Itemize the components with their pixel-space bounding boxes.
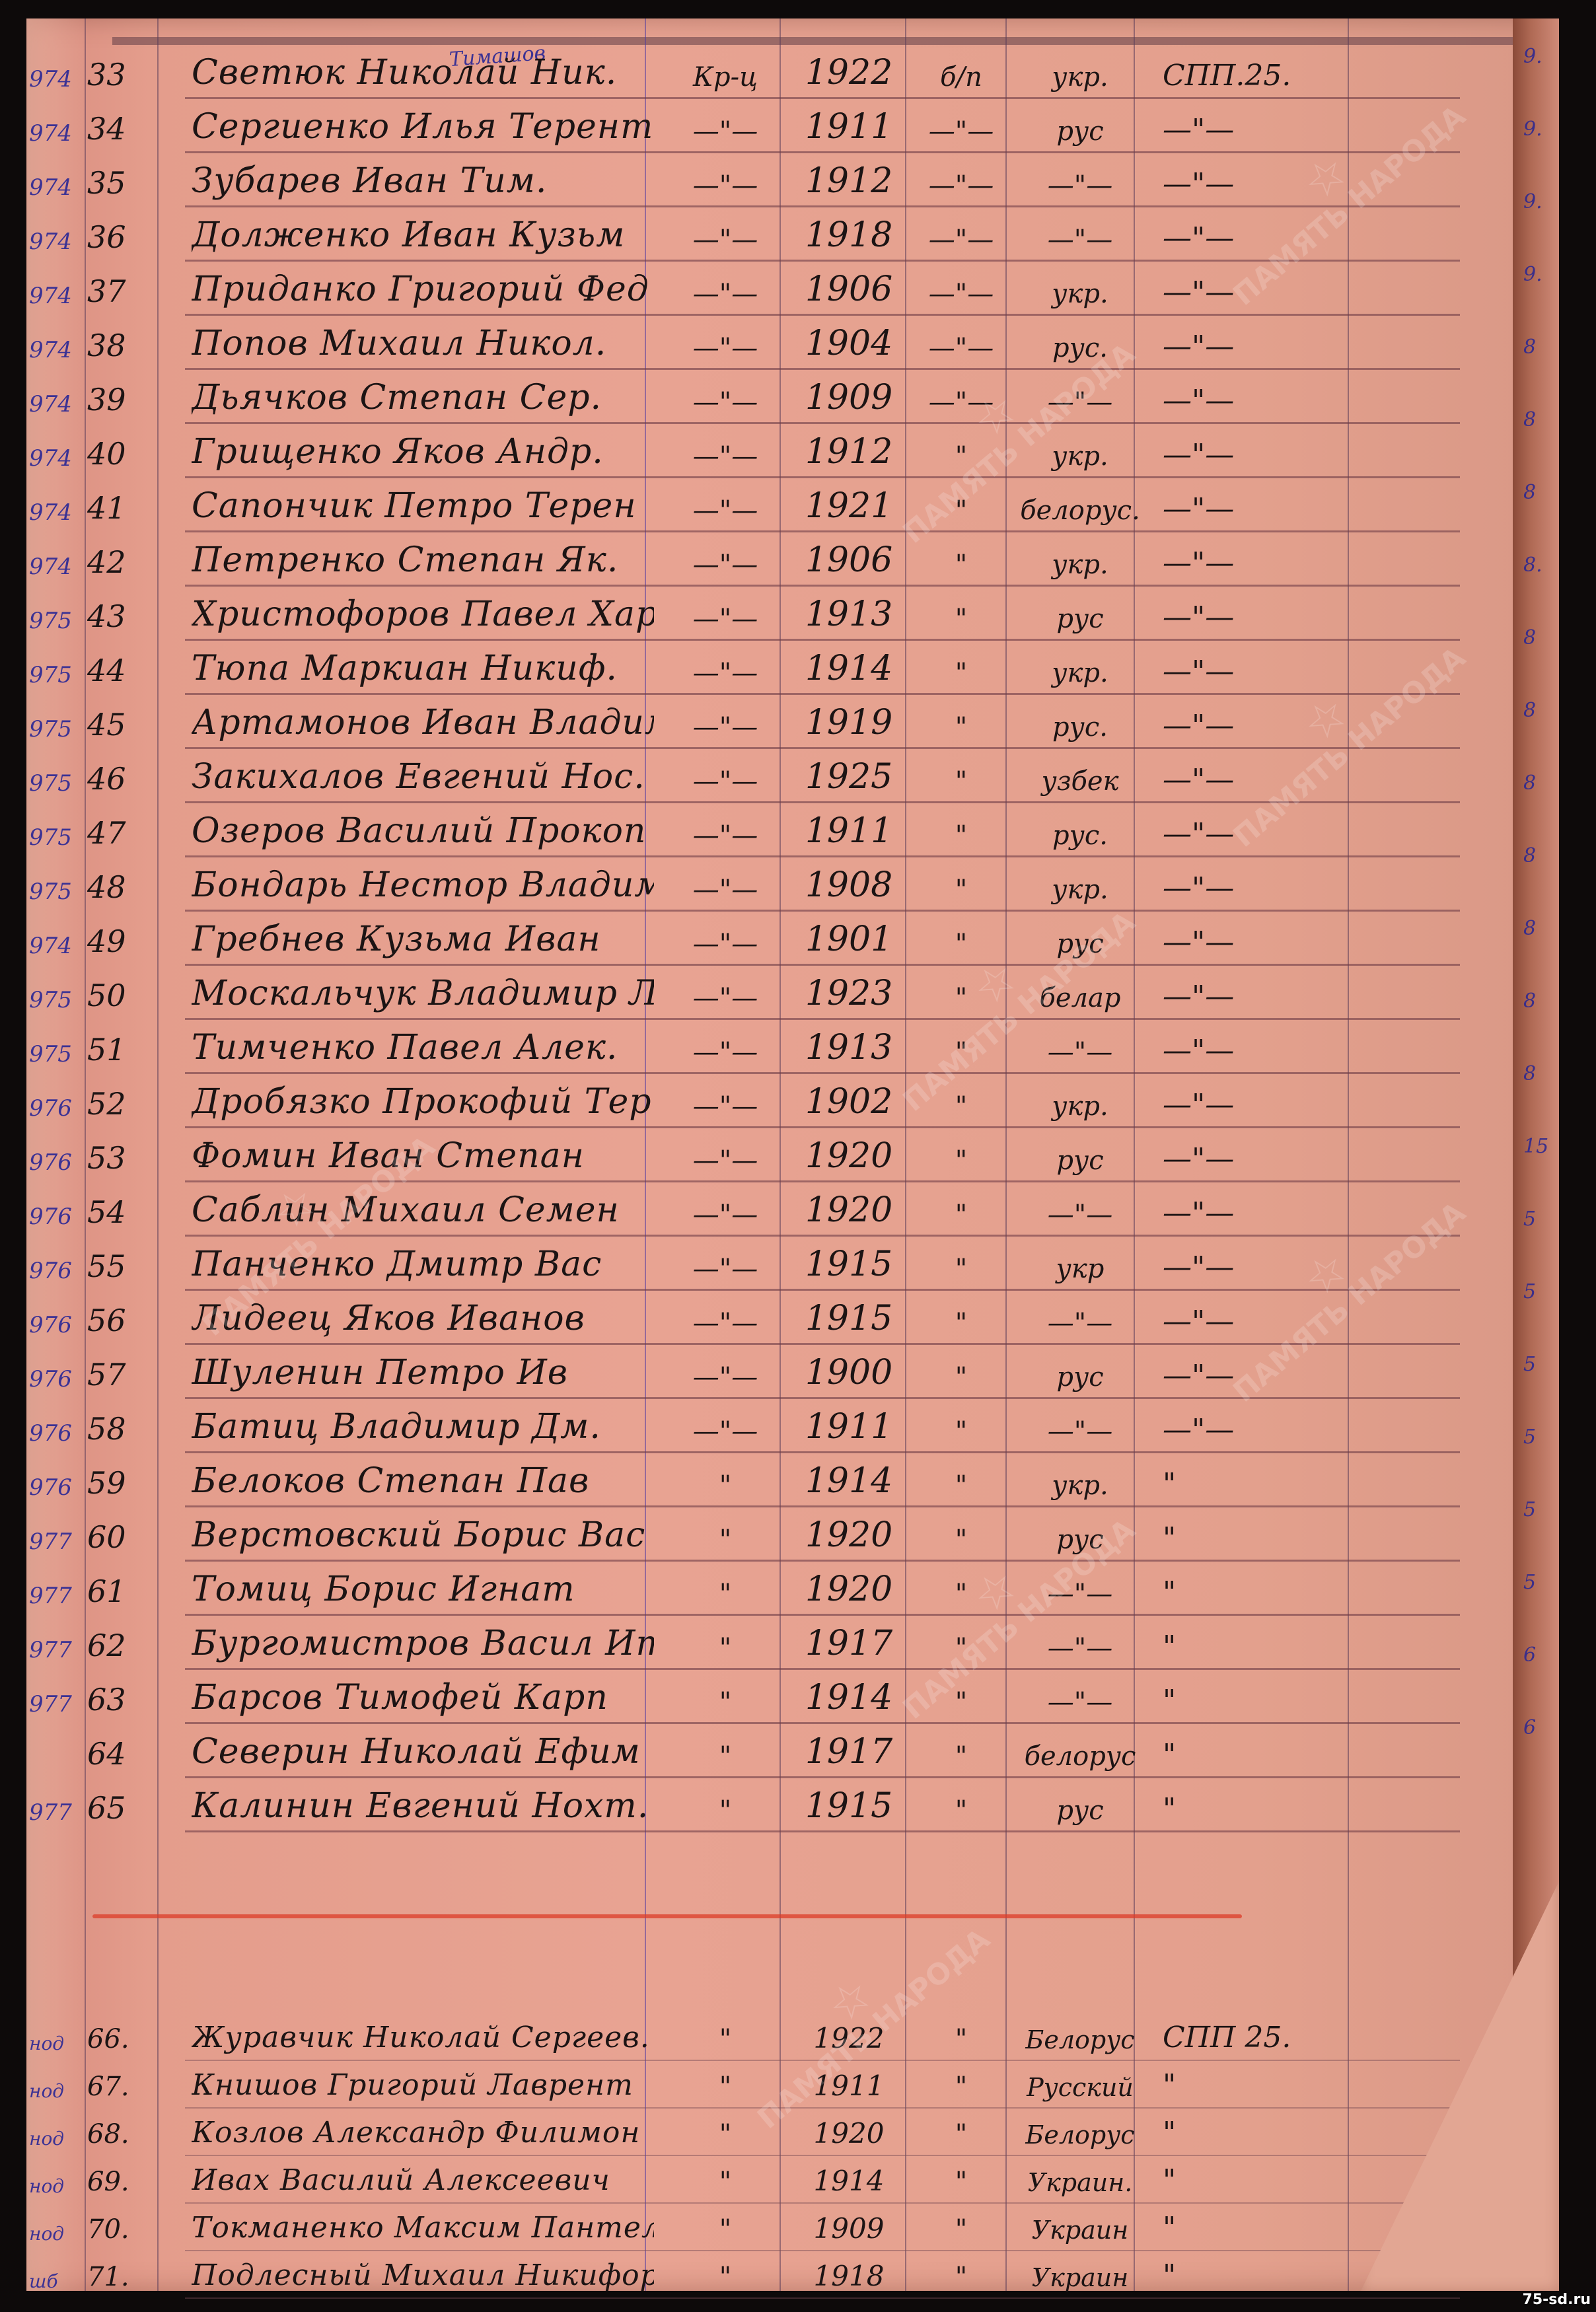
person-name: Белоков Степан Пав xyxy=(192,1461,654,1501)
nationality: Белорус xyxy=(1017,2120,1143,2149)
row-number: 56 xyxy=(87,1303,160,1338)
row-number: 49 xyxy=(87,923,160,959)
rank: —"— xyxy=(666,1416,785,1447)
birth-year: 1900 xyxy=(793,1353,905,1392)
birth-year: 1904 xyxy=(793,324,905,363)
row-number: 58 xyxy=(87,1411,160,1447)
row-number: 60 xyxy=(87,1519,160,1555)
margin-mark: 5 xyxy=(1523,1280,1536,1303)
row-number: 35 xyxy=(87,165,160,201)
ledger-row: 64Северин Николай Ефим"1917"белорус" xyxy=(26,1724,1559,1778)
birth-year: 1920 xyxy=(793,1190,905,1230)
archive-ref: нод xyxy=(29,2080,82,2102)
ledger-row: 97550Москальчук Владимир Леон—"—1923"бел… xyxy=(26,966,1559,1020)
birth-year: 1902 xyxy=(793,1082,905,1122)
unit: " xyxy=(1149,1521,1315,1555)
archive-ref: 974 xyxy=(29,391,82,417)
party-membership: —"— xyxy=(912,333,1011,363)
unit: —"— xyxy=(1149,1088,1315,1122)
ledger-row: 97441Сапончик Петро Терен—"—1921"белорус… xyxy=(26,478,1559,532)
unit: " xyxy=(1149,2116,1315,2149)
birth-year: 1917 xyxy=(793,1732,905,1772)
birth-year: 1911 xyxy=(793,107,905,147)
person-name: Озеров Василий Прокоп xyxy=(192,811,654,851)
birth-year: 1909 xyxy=(793,378,905,417)
person-name: Тюпа Маркиан Никиф. xyxy=(192,649,654,688)
archive-ref: 976 xyxy=(29,1149,82,1176)
rank: —"— xyxy=(666,766,785,797)
unit: СПП.25. xyxy=(1149,59,1315,92)
rank: —"— xyxy=(666,658,785,688)
birth-year: 1909 xyxy=(793,2212,905,2245)
archive-ref: 975 xyxy=(29,879,82,905)
rank: —"— xyxy=(666,495,785,526)
party-membership: " xyxy=(912,1254,1011,1284)
unit: " xyxy=(1149,1630,1315,1663)
archive-ref: 974 xyxy=(29,120,82,147)
unit: СПП 25. xyxy=(1149,2021,1315,2054)
ledger-row: 97547Озеров Василий Прокоп—"—1911"рус.—"… xyxy=(26,803,1559,857)
nationality: —"— xyxy=(1017,225,1143,255)
party-membership: " xyxy=(912,604,1011,634)
person-name: Сергиенко Илья Терент xyxy=(192,107,654,147)
unit: —"— xyxy=(1149,1196,1315,1230)
party-membership: " xyxy=(912,1795,1011,1826)
archive-ref: 974 xyxy=(29,174,82,201)
party-membership: " xyxy=(912,2214,1011,2245)
party-membership: " xyxy=(912,712,1011,742)
rank: " xyxy=(666,1687,785,1717)
rank: —"— xyxy=(666,712,785,742)
archive-ref: 975 xyxy=(29,608,82,634)
birth-year: 1906 xyxy=(793,540,905,580)
archive-ref: 977 xyxy=(29,1583,82,1609)
party-membership: " xyxy=(912,2072,1011,2102)
person-name: Москальчук Владимир Леон xyxy=(192,974,654,1013)
ledger-row: 97657Шуленин Петро Ив—"—1900"рус—"— xyxy=(26,1345,1559,1399)
nationality: укр. xyxy=(1017,62,1143,92)
row-number: 39 xyxy=(87,382,160,417)
ledger-row: 97652Дробязко Прокофий Тер.—"—1902"укр.—… xyxy=(26,1074,1559,1128)
rank: " xyxy=(666,1741,785,1772)
unit: —"— xyxy=(1149,546,1315,580)
row-number: 62 xyxy=(87,1628,160,1663)
row-number: 51 xyxy=(87,1032,160,1067)
ledger-row: 97658Батиц Владимир Дм.—"—1911"—"——"— xyxy=(26,1399,1559,1453)
archive-ref: 977 xyxy=(29,1637,82,1663)
header-rule xyxy=(112,37,1559,45)
archive-ref: 976 xyxy=(29,1204,82,1230)
ledger-row: 97762Бургомистров Васил Ит"1917"—"—" xyxy=(26,1616,1559,1670)
nationality: рус xyxy=(1017,1145,1143,1176)
margin-mark: 9. xyxy=(1523,190,1542,213)
rank: —"— xyxy=(666,1091,785,1122)
unit: —"— xyxy=(1149,871,1315,905)
margin-mark: 8 xyxy=(1523,772,1536,795)
margin-mark: 9. xyxy=(1523,45,1542,68)
margin-mark: 8 xyxy=(1523,336,1536,359)
party-membership: " xyxy=(912,1741,1011,1772)
row-number: 68. xyxy=(87,2119,160,2149)
row-number: 66. xyxy=(87,2024,160,2054)
party-membership: " xyxy=(912,2262,1011,2292)
person-name: Токманенко Максим Пантел. xyxy=(192,2211,654,2245)
rank: —"— xyxy=(666,550,785,580)
rank: —"— xyxy=(666,333,785,363)
archive-ref: 976 xyxy=(29,1474,82,1501)
person-name: Томиц Борис Игнат xyxy=(192,1570,654,1609)
archive-ref: 975 xyxy=(29,824,82,851)
nationality: укр. xyxy=(1017,658,1143,688)
person-name: Барсов Тимофей Карп xyxy=(192,1678,654,1717)
birth-year: 1914 xyxy=(793,1461,905,1501)
archive-ref: 977 xyxy=(29,1691,82,1717)
rank: " xyxy=(666,1470,785,1501)
margin-mark: 8 xyxy=(1523,481,1536,504)
unit: —"— xyxy=(1149,1034,1315,1067)
party-membership: " xyxy=(912,2024,1011,2054)
rank: —"— xyxy=(666,820,785,851)
row-number: 46 xyxy=(87,761,160,797)
unit: " xyxy=(1149,1684,1315,1717)
archive-ref: 976 xyxy=(29,1258,82,1284)
nationality: рус xyxy=(1017,1362,1143,1392)
unit: " xyxy=(1149,1575,1315,1609)
nationality: —"— xyxy=(1017,1200,1143,1230)
row-number: 57 xyxy=(87,1357,160,1392)
birth-year: 1919 xyxy=(793,703,905,742)
margin-mark: 15 xyxy=(1523,1135,1548,1158)
nationality: Русский xyxy=(1017,2073,1143,2102)
ledger-row: 97440Грищенко Яков Андр.—"—1912"укр.—"— xyxy=(26,424,1559,478)
party-membership: —"— xyxy=(912,225,1011,255)
margin-mark: 6 xyxy=(1523,1644,1536,1667)
ledger-row: 97543Христофоров Павел Харит.—"—1913"рус… xyxy=(26,587,1559,641)
archive-ref: 975 xyxy=(29,987,82,1013)
person-name: Батиц Владимир Дм. xyxy=(192,1407,654,1447)
archive-ref: нод xyxy=(29,2033,82,2054)
rank: —"— xyxy=(666,441,785,472)
row-number: 38 xyxy=(87,328,160,363)
row-number: 55 xyxy=(87,1248,160,1284)
unit: " xyxy=(1149,2163,1315,2197)
margin-mark: 8. xyxy=(1523,554,1542,577)
party-membership: —"— xyxy=(912,170,1011,201)
rank: —"— xyxy=(666,604,785,634)
person-name: Бургомистров Васил Ит xyxy=(192,1624,654,1663)
ledger-row: 97442Петренко Степан Як.—"—1906"укр.—"— xyxy=(26,532,1559,587)
nationality: —"— xyxy=(1017,1416,1143,1447)
birth-year: 1920 xyxy=(793,1136,905,1176)
row-number: 40 xyxy=(87,436,160,472)
archive-ref: 975 xyxy=(29,1041,82,1067)
birth-year: 1914 xyxy=(793,649,905,688)
person-name: Сапончик Петро Терен xyxy=(192,486,654,526)
person-name: Приданко Григорий Фед xyxy=(192,270,654,309)
archive-ref: шб xyxy=(29,2270,82,2292)
rank: " xyxy=(666,1795,785,1826)
unit: " xyxy=(1149,2258,1315,2292)
nationality: —"— xyxy=(1017,170,1143,201)
person-name: Дробязко Прокофий Тер. xyxy=(192,1082,654,1122)
person-name: Артамонов Иван Владимир. xyxy=(192,703,654,742)
row-number: 64 xyxy=(87,1736,160,1772)
margin-mark: 8 xyxy=(1523,990,1536,1013)
person-name: Верстовский Борис Вас xyxy=(192,1515,654,1555)
unit: " xyxy=(1149,1792,1315,1826)
party-membership: " xyxy=(912,550,1011,580)
nationality: рус. xyxy=(1017,712,1143,742)
row-number: 50 xyxy=(87,978,160,1013)
birth-year: 1901 xyxy=(793,920,905,959)
nationality: рус xyxy=(1017,116,1143,147)
unit: —"— xyxy=(1149,980,1315,1013)
row-number: 33 xyxy=(87,57,160,92)
person-name: Калинин Евгений Нохт. xyxy=(192,1786,654,1826)
unit: —"— xyxy=(1149,1142,1315,1176)
nationality: укр. xyxy=(1017,550,1143,580)
party-membership: " xyxy=(912,1470,1011,1501)
ledger-row: нод69.Ивах Василий Алексеевич"1914"Украи… xyxy=(26,2156,1559,2204)
birth-year: 1918 xyxy=(793,2260,905,2292)
unit: —"— xyxy=(1149,600,1315,634)
row-number: 42 xyxy=(87,544,160,580)
party-membership: " xyxy=(912,1200,1011,1230)
row-number: 70. xyxy=(87,2214,160,2245)
rank: —"— xyxy=(666,387,785,417)
row-number: 69. xyxy=(87,2167,160,2197)
unit: —"— xyxy=(1149,492,1315,526)
rank: " xyxy=(666,2262,785,2292)
person-name: Шуленин Петро Ив xyxy=(192,1353,654,1392)
ledger-row: 97763Барсов Тимофей Карп"1914"—"—" xyxy=(26,1670,1559,1724)
unit: " xyxy=(1149,1467,1315,1501)
party-membership: " xyxy=(912,1525,1011,1555)
birth-year: 1922 xyxy=(793,53,905,92)
person-name: Зубарев Иван Тим. xyxy=(192,161,654,201)
rank: —"— xyxy=(666,1037,785,1067)
rank: " xyxy=(666,1579,785,1609)
rank: " xyxy=(666,1633,785,1663)
person-name: Петренко Степан Як. xyxy=(192,540,654,580)
birth-year: 1918 xyxy=(793,215,905,255)
unit: " xyxy=(1149,1738,1315,1772)
person-name: Светюк Николай Ник. xyxy=(192,53,654,92)
row-rule xyxy=(185,2297,1460,2299)
nationality: белорус xyxy=(1017,1741,1143,1772)
row-number: 34 xyxy=(87,111,160,147)
row-number: 37 xyxy=(87,273,160,309)
row-number: 61 xyxy=(87,1573,160,1609)
person-name: Бондарь Нестор Владим. xyxy=(192,865,654,905)
party-membership: " xyxy=(912,820,1011,851)
party-membership: —"— xyxy=(912,279,1011,309)
margin-mark: 9. xyxy=(1523,118,1542,141)
ledger-row: 97760Верстовский Борис Вас"1920"рус" xyxy=(26,1507,1559,1562)
person-name: Попов Михаил Никол. xyxy=(192,324,654,363)
nationality: белорус. xyxy=(1017,495,1143,526)
archive-ref: 977 xyxy=(29,1799,82,1826)
person-name: Тимченко Павел Алек. xyxy=(192,1028,654,1067)
right-margin-marks: 9.9.9.9.8888.88888881555555566 xyxy=(1521,45,1554,1828)
rank: —"— xyxy=(666,279,785,309)
unit: —"— xyxy=(1149,384,1315,417)
archive-ref: нод xyxy=(29,2175,82,2197)
row-number: 59 xyxy=(87,1465,160,1501)
rank: Кр-ц xyxy=(666,62,785,92)
row-rule xyxy=(185,1830,1460,1832)
person-name: Северин Николай Ефим xyxy=(192,1732,654,1772)
nationality: —"— xyxy=(1017,1633,1143,1663)
rank: —"— xyxy=(666,1308,785,1338)
party-membership: б/п xyxy=(912,62,1011,92)
birth-year: 1915 xyxy=(793,1786,905,1826)
rank: " xyxy=(666,1525,785,1555)
nationality: Украин. xyxy=(1017,2168,1143,2197)
birth-year: 1920 xyxy=(793,1570,905,1609)
row-number: 63 xyxy=(87,1682,160,1717)
rank: —"— xyxy=(666,1254,785,1284)
party-membership: —"— xyxy=(912,116,1011,147)
archive-ref: 974 xyxy=(29,445,82,472)
margin-mark: 5 xyxy=(1523,1571,1536,1594)
unit: —"— xyxy=(1149,113,1315,147)
margin-mark: 5 xyxy=(1523,1353,1536,1376)
archive-ref: 976 xyxy=(29,1366,82,1392)
birth-year: 1920 xyxy=(793,2117,905,2149)
rank: —"— xyxy=(666,1200,785,1230)
row-number: 65 xyxy=(87,1790,160,1826)
birth-year: 1911 xyxy=(793,1407,905,1447)
archive-ref: 974 xyxy=(29,499,82,526)
archive-ref: 974 xyxy=(29,66,82,92)
person-name: Дьячков Степан Сер. xyxy=(192,378,654,417)
person-name: Христофоров Павел Харит. xyxy=(192,595,654,634)
ledger-row: 97439Дьячков Степан Сер.—"—1909—"——"——"— xyxy=(26,370,1559,424)
birth-year: 1912 xyxy=(793,161,905,201)
nationality: укр xyxy=(1017,1254,1143,1284)
birth-year: 1915 xyxy=(793,1245,905,1284)
archive-ref: 974 xyxy=(29,933,82,959)
archive-ref: 974 xyxy=(29,283,82,309)
margin-mark: 5 xyxy=(1523,1208,1536,1231)
person-name: Гребнев Кузьма Иван xyxy=(192,920,654,959)
ledger-row: 97765Калинин Евгений Нохт."1915"рус" xyxy=(26,1778,1559,1832)
unit: —"— xyxy=(1149,330,1315,363)
nationality: узбек xyxy=(1017,766,1143,797)
margin-mark: 6 xyxy=(1523,1716,1536,1739)
party-membership: " xyxy=(912,766,1011,797)
nationality: —"— xyxy=(1017,1037,1143,1067)
nationality: укр. xyxy=(1017,279,1143,309)
margin-mark: 8 xyxy=(1523,844,1536,867)
margin-mark: 5 xyxy=(1523,1498,1536,1521)
nationality: рус xyxy=(1017,1795,1143,1826)
unit: " xyxy=(1149,2068,1315,2102)
rank: —"— xyxy=(666,983,785,1013)
person-name: Закихалов Евгений Нос. xyxy=(192,757,654,797)
rank: " xyxy=(666,2214,785,2245)
archive-ref: 975 xyxy=(29,662,82,688)
row-number: 47 xyxy=(87,815,160,851)
nationality: —"— xyxy=(1017,1308,1143,1338)
birth-year: 1925 xyxy=(793,757,905,797)
ledger-row: 97433Светюк Николай Ник.Кр-ц1922б/пукр.С… xyxy=(26,45,1559,99)
nationality: рус xyxy=(1017,604,1143,634)
ledger-row: 97653Фомин Иван Степан—"—1920"рус—"— xyxy=(26,1128,1559,1182)
party-membership: " xyxy=(912,658,1011,688)
ledger-row: 97659Белоков Степан Пав"1914"укр." xyxy=(26,1453,1559,1507)
row-number: 45 xyxy=(87,707,160,742)
birth-year: 1920 xyxy=(793,1515,905,1555)
row-number: 36 xyxy=(87,219,160,255)
archive-ref: 976 xyxy=(29,1095,82,1122)
ledger-row: 97449Гребнев Кузьма Иван—"—1901"рус—"— xyxy=(26,912,1559,966)
birth-year: 1906 xyxy=(793,270,905,309)
rank: " xyxy=(666,2167,785,2197)
archive-ref: 975 xyxy=(29,770,82,797)
ledger-page: Тимашов 97433Светюк Николай Ник.Кр-ц1922… xyxy=(26,18,1559,2291)
margin-mark: 8 xyxy=(1523,626,1536,649)
ledger-row: нод70.Токманенко Максим Пантел."1909"Укр… xyxy=(26,2204,1559,2251)
row-number: 53 xyxy=(87,1140,160,1176)
party-membership: " xyxy=(912,875,1011,905)
ledger-row: 97438Попов Михаил Никол.—"—1904—"—рус.—"… xyxy=(26,316,1559,370)
unit: " xyxy=(1149,2211,1315,2245)
row-number: 41 xyxy=(87,490,160,526)
red-pencil-strike xyxy=(92,1914,1242,1918)
archive-ref: 977 xyxy=(29,1529,82,1555)
person-name: Козлов Александр Филимон xyxy=(192,2116,654,2149)
archive-ref: 974 xyxy=(29,554,82,580)
archive-ref: 976 xyxy=(29,1420,82,1447)
birth-year: 1915 xyxy=(793,1299,905,1338)
nationality: Украин xyxy=(1017,2216,1143,2245)
margin-mark: 8 xyxy=(1523,917,1536,940)
row-number: 71. xyxy=(87,2262,160,2292)
unit: —"— xyxy=(1149,438,1315,472)
rank: —"— xyxy=(666,1145,785,1176)
row-number: 43 xyxy=(87,598,160,634)
rank: —"— xyxy=(666,170,785,201)
birth-year: 1911 xyxy=(793,811,905,851)
archive-ref: нод xyxy=(29,2128,82,2149)
archive-ref: 974 xyxy=(29,337,82,363)
birth-year: 1908 xyxy=(793,865,905,905)
party-membership: " xyxy=(912,1145,1011,1176)
birth-year: 1914 xyxy=(793,2165,905,2197)
nationality: Украин xyxy=(1017,2263,1143,2292)
person-name: Ивах Василий Алексеевич xyxy=(192,2163,654,2197)
rank: —"— xyxy=(666,116,785,147)
person-name: Подлесный Михаил Никифор xyxy=(192,2258,654,2292)
nationality: Белорус xyxy=(1017,2025,1143,2054)
rank: —"— xyxy=(666,225,785,255)
row-number: 54 xyxy=(87,1194,160,1230)
margin-mark: 9. xyxy=(1523,263,1542,286)
archive-ref: 976 xyxy=(29,1312,82,1338)
person-name: Журавчик Николай Сергеев. xyxy=(192,2021,654,2054)
archive-ref: 974 xyxy=(29,229,82,255)
party-membership: " xyxy=(912,1308,1011,1338)
rank: —"— xyxy=(666,929,785,959)
nationality: укр. xyxy=(1017,1091,1143,1122)
source-tag: 75-sd.ru xyxy=(1523,2292,1591,2308)
rank: —"— xyxy=(666,1362,785,1392)
margin-mark: 8 xyxy=(1523,408,1536,431)
nationality: —"— xyxy=(1017,1687,1143,1717)
row-number: 52 xyxy=(87,1086,160,1122)
